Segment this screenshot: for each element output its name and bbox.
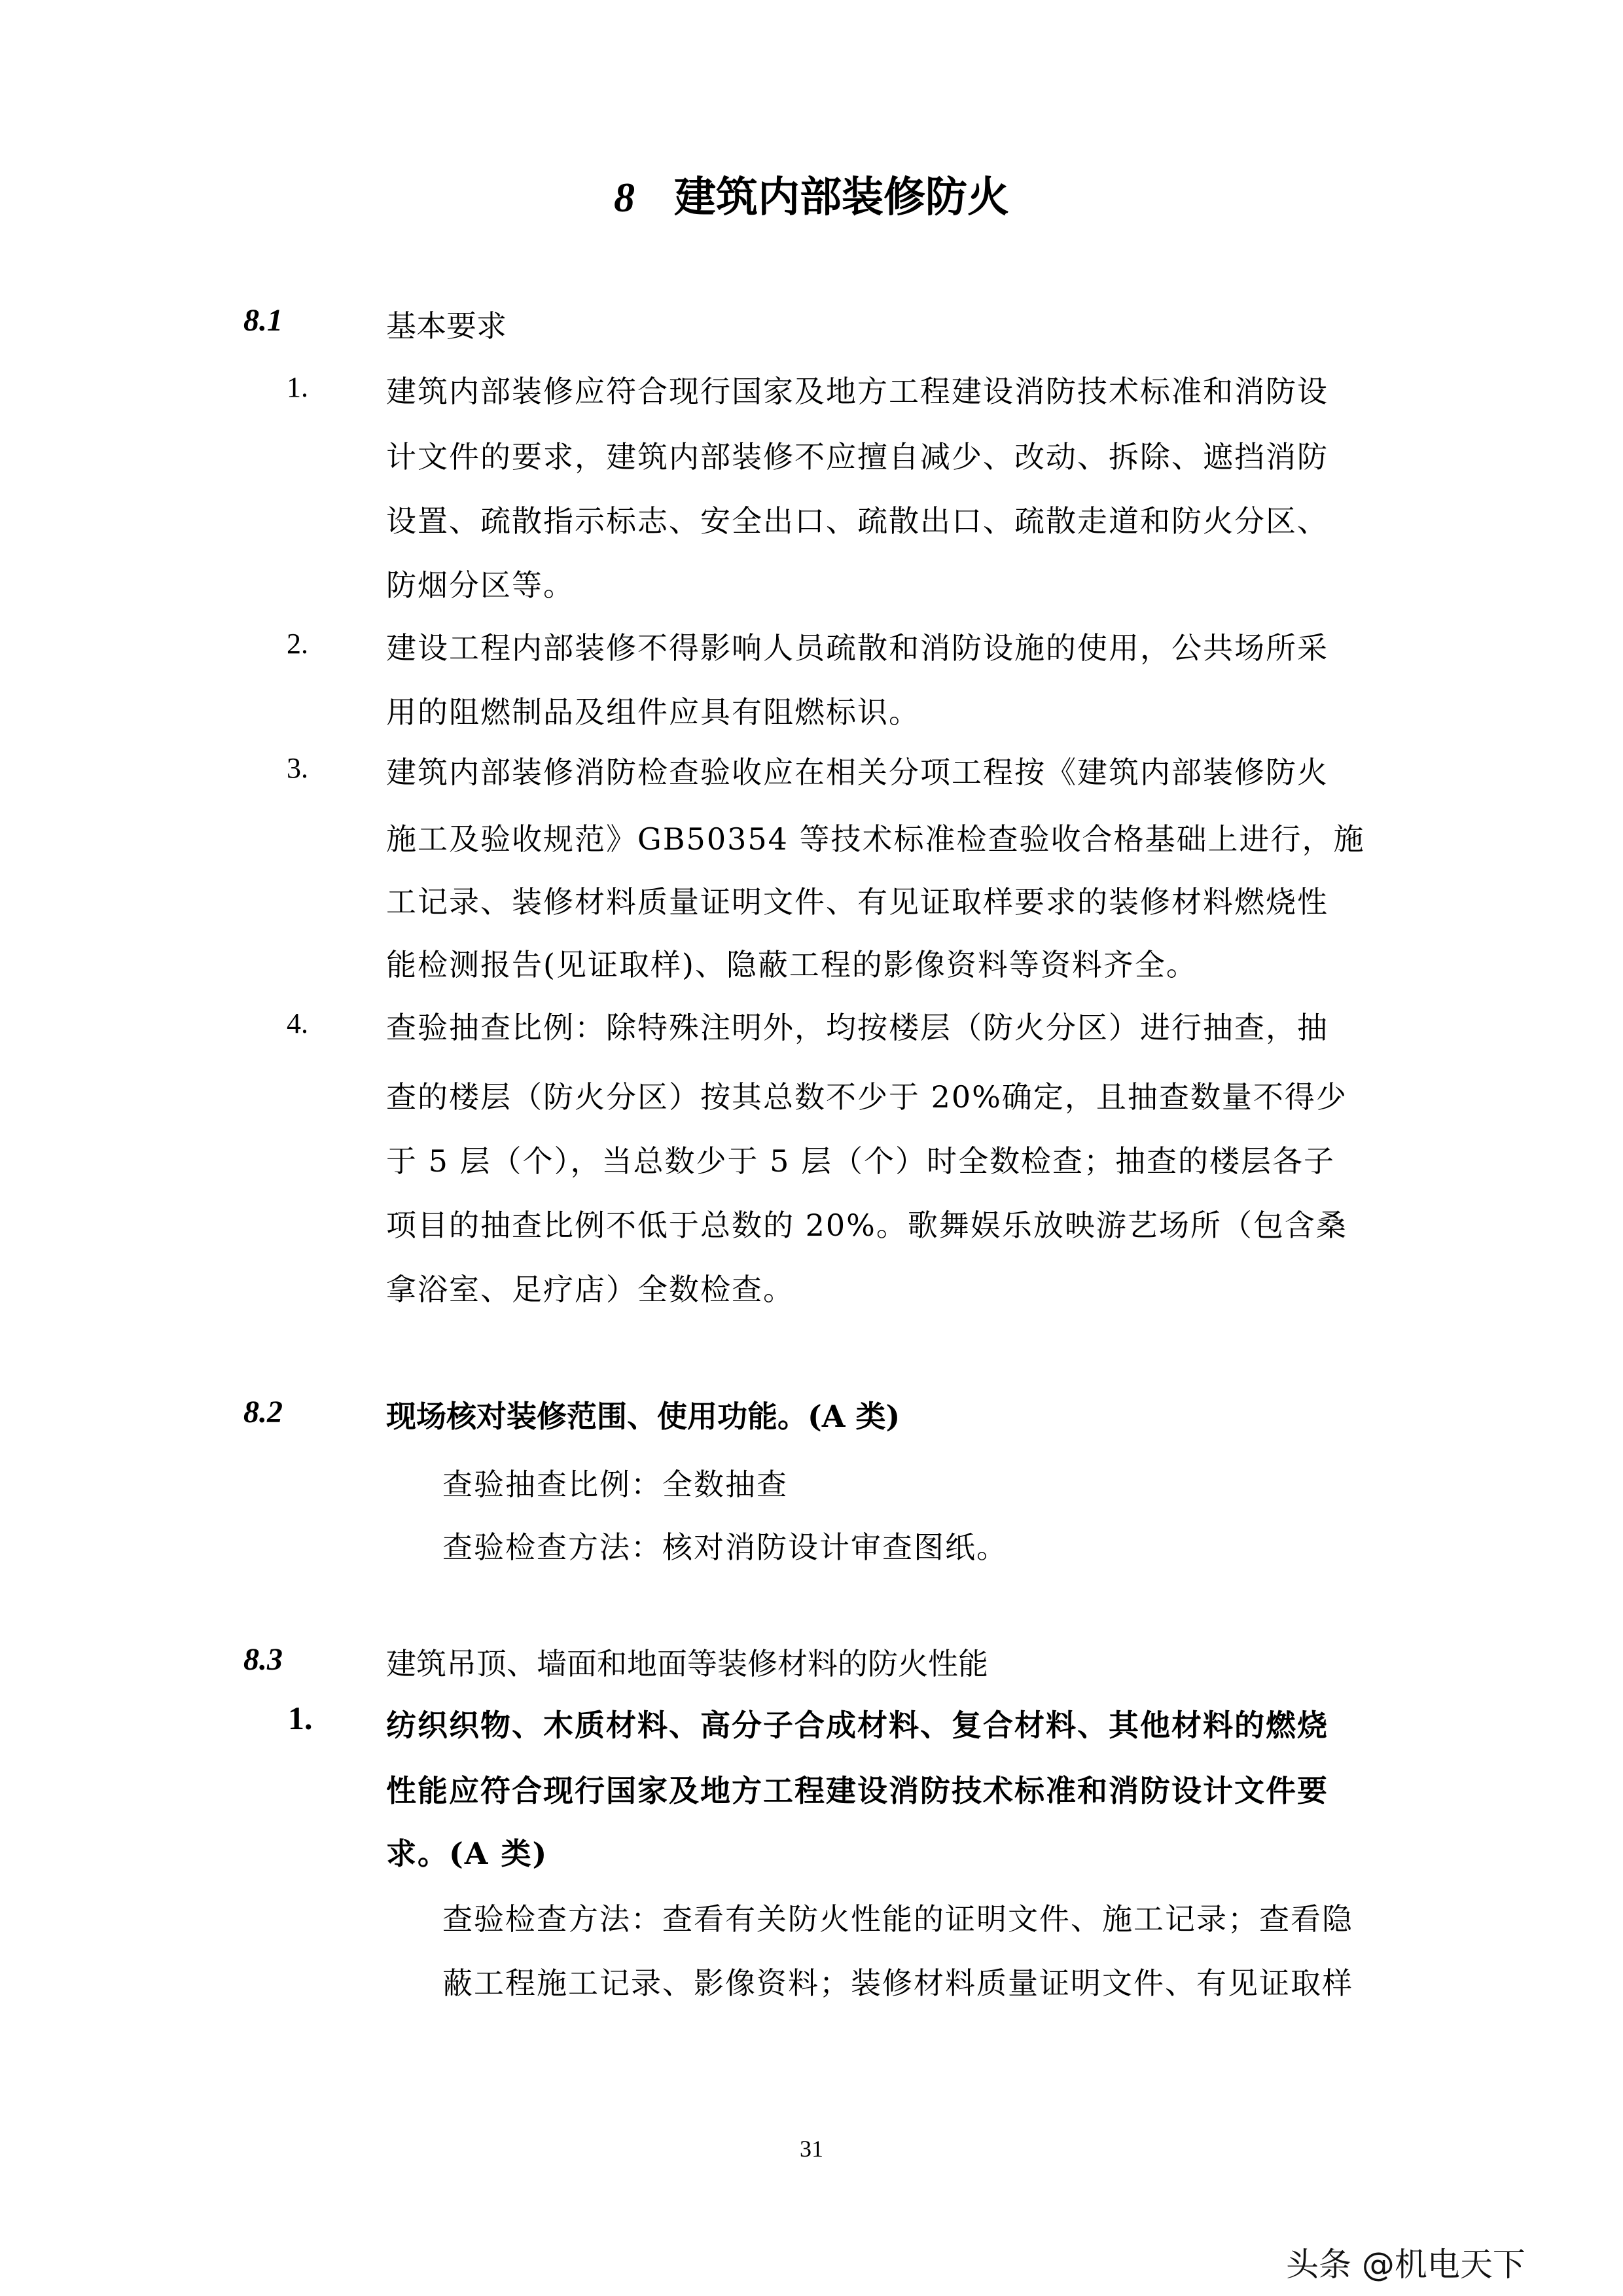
section-number: 8.1 xyxy=(243,302,283,338)
sub-line: 查验检查方法：核对消防设计审查图纸。 xyxy=(442,1524,1008,1567)
section-number: 8.2 xyxy=(243,1394,283,1430)
item-line: 建筑内部装修应符合现行国家及地方工程建设消防技术标准和消防设 xyxy=(386,368,1329,411)
section-number: 8.3 xyxy=(243,1641,283,1677)
item-number: 3. xyxy=(287,751,308,785)
item-number: 1. xyxy=(288,1699,313,1737)
sub-line: 蔽工程施工记录、影像资料；装修材料质量证明文件、有见证取样 xyxy=(442,1960,1353,2003)
item-line: 能检测报告(见证取样)、隐蔽工程的影像资料等资料齐全。 xyxy=(386,941,1198,984)
item-line: 查验抽查比例：除特殊注明外，均按楼层（防火分区）进行抽查，抽 xyxy=(386,1004,1329,1047)
chapter-title: 8建筑内部装修防火 xyxy=(0,164,1623,224)
item-line: 于 5 层（个），当总数少于 5 层（个）时全数检查；抽查的楼层各子 xyxy=(386,1138,1335,1181)
section-title: 现场核对装修范围、使用功能。(A 类) xyxy=(386,1393,900,1436)
item-line: 防烟分区等。 xyxy=(386,562,575,605)
item-line: 用的阻燃制品及组件应具有阻燃标识。 xyxy=(386,689,920,732)
item-number: 2. xyxy=(287,627,308,660)
item-line: 建设工程内部装修不得影响人员疏散和消防设施的使用，公共场所采 xyxy=(386,624,1329,668)
sub-line: 查验抽查比例：全数抽查 xyxy=(442,1461,788,1504)
item-line: 工记录、装修材料质量证明文件、有见证取样要求的装修材料燃烧性 xyxy=(386,878,1329,922)
page-number: 31 xyxy=(0,2135,1623,2162)
section-title: 基本要求 xyxy=(386,302,507,346)
item-number: 1. xyxy=(287,370,308,404)
item-line: 施工及验收规范》GB50354 等技术标准检查验收合格基础上进行，施 xyxy=(386,816,1365,859)
item-line: 求。(A 类) xyxy=(386,1830,548,1873)
item-line: 查的楼层（防火分区）按其总数不少于 20%确定，且抽查数量不得少 xyxy=(386,1073,1347,1117)
watermark: 头条 @机电天下 xyxy=(1286,2238,1525,2286)
item-line: 纺织织物、木质材料、高分子合成材料、复合材料、其他材料的燃烧 xyxy=(386,1702,1329,1745)
item-line: 建筑内部装修消防检查验收应在相关分项工程按《建筑内部装修防火 xyxy=(386,749,1329,792)
chapter-number: 8 xyxy=(614,174,635,221)
item-line: 拿浴室、足疗店）全数检查。 xyxy=(386,1266,794,1309)
section-title: 建筑吊顶、墙面和地面等装修材料的防火性能 xyxy=(386,1640,988,1683)
item-line: 项目的抽查比例不低于总数的 20%。歌舞娱乐放映游艺场所（包含桑 xyxy=(386,1202,1347,1245)
item-line: 设置、疏散指示标志、安全出口、疏散出口、疏散走道和防火分区、 xyxy=(386,497,1329,541)
item-number: 4. xyxy=(287,1007,308,1040)
item-line: 计文件的要求，建筑内部装修不应擅自减少、改动、拆除、遮挡消防 xyxy=(386,433,1329,476)
sub-line: 查验检查方法：查看有关防火性能的证明文件、施工记录；查看隐 xyxy=(442,1895,1353,1939)
item-line: 性能应符合现行国家及地方工程建设消防技术标准和消防设计文件要 xyxy=(386,1767,1329,1810)
chapter-title-text: 建筑内部装修防火 xyxy=(674,173,1009,222)
